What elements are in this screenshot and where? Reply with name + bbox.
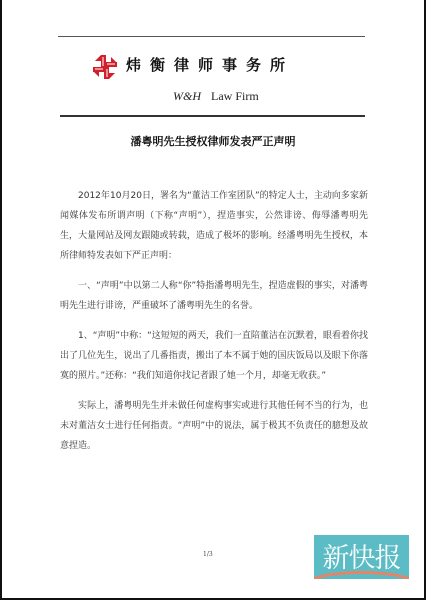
document-body: 2012年10月20日，署名为“董洁工作室团队”的特定人士，主动向多家新闻媒体发… <box>60 186 368 466</box>
firm-abbreviation: W&H <box>173 89 201 103</box>
paragraph-point-one: 一、“声明”中以第二人称“你”特指潘粤明先生，捏造虚假的事实，对潘粤明先生进行诽… <box>60 276 368 316</box>
header-top-rule <box>58 36 365 37</box>
page-number: 1/3 <box>203 551 213 558</box>
document-title: 潘粤明先生授权律师发表严正声明 <box>0 133 426 149</box>
newspaper-watermark: 新快报 <box>314 535 409 579</box>
paragraph-intro: 2012年10月20日，署名为“董洁工作室团队”的特定人士，主动向多家新闻媒体发… <box>60 186 368 266</box>
watermark-text: 新快报 <box>314 536 409 575</box>
header-bottom-rule <box>60 115 365 117</box>
paragraph-rebuttal: 实际上，潘粤明先生并未做任何虚构事实或进行其他任何不当的行为，也未对董洁女士进行… <box>60 396 368 456</box>
firm-name-english: W&HLaw Firm <box>173 89 259 104</box>
firm-name-en-text: Law Firm <box>211 89 259 103</box>
firm-name-chinese: 炜衡律师事务所 <box>126 54 294 75</box>
law-firm-logo-icon <box>91 53 119 81</box>
paragraph-point-one-1: 1、“声明”中称：“这短短的两天，我们一直陪董洁在沉默着，眼看着你找出了几位先生… <box>60 326 368 386</box>
